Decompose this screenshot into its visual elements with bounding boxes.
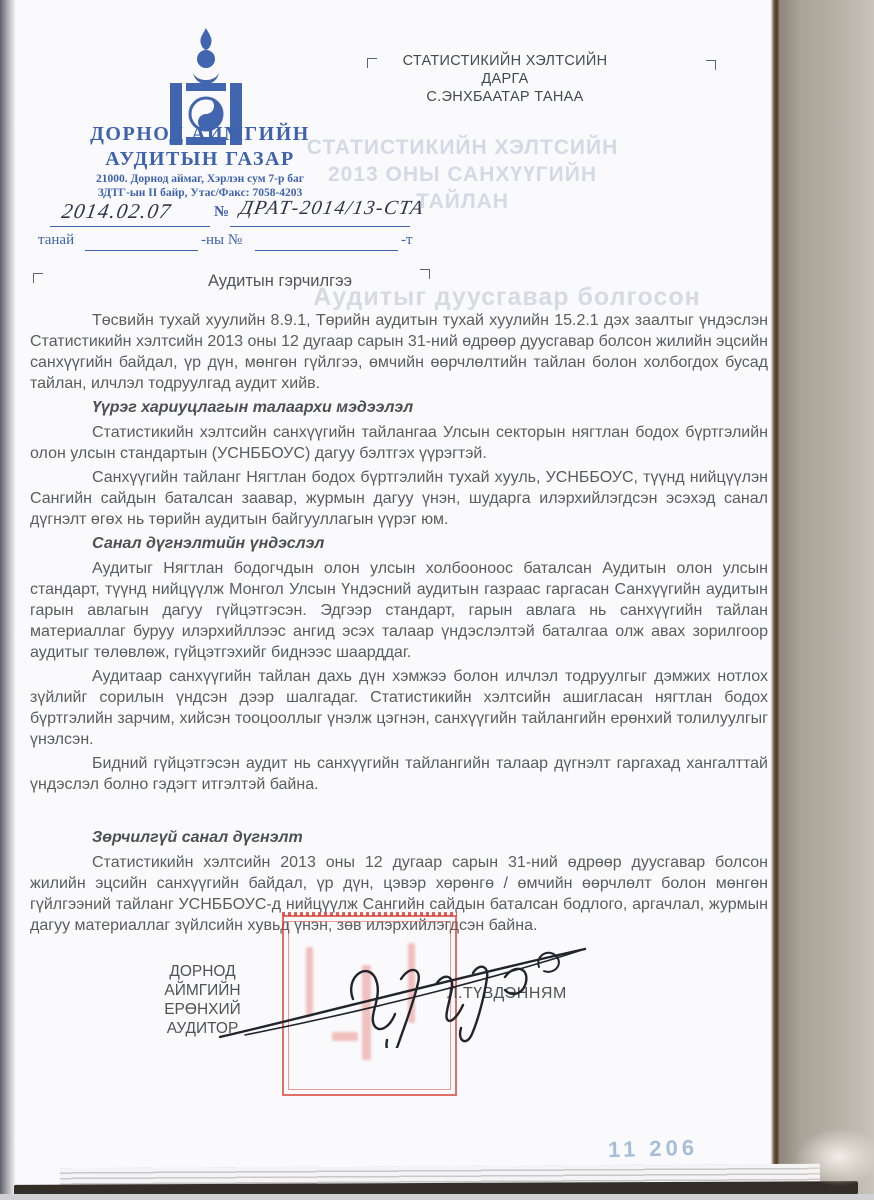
body-paragraph: Аудитаар санхүүгийн тайлан дахь дүн хэмж… [30,666,768,750]
page-number-stamp: 11 206 [608,1135,699,1163]
scan-light-blob [796,1128,874,1186]
form-word: -т [401,232,413,249]
underline [50,226,210,227]
underline [230,226,410,227]
body-paragraph: Санхүүгийн тайланг Нягтлан бодох бүртгэл… [30,467,768,530]
org-address-line1: 21000. Дорнод аймаг, Хэрлэн сум 7-р баг [45,172,355,186]
body-paragraph: Аудитыг Нягтлан бодогчдын олон улсын хол… [30,558,768,663]
body-paragraph: Төсвийн тухай хуулийн 8.9.1, Төрийн ауди… [30,310,768,394]
body-heading: Үүрэг хариуцлагын талаархи мэдээлэл [30,397,768,418]
number-symbol: № [214,204,229,221]
handwritten-ref-number: ДРАТ-2014/13-СТА [238,197,426,220]
recipient-line2: С.ЭНХБААТАР ТАНАА [380,88,630,106]
scanner-background-strip [0,1194,874,1200]
book-binding-edge [779,0,874,1200]
letter-body: Төсвийн тухай хуулийн 8.9.1, Төрийн ауди… [30,310,768,939]
body-heading: Зөрчилгүй санал дүгнэлт [30,827,768,848]
scan-left-edge-shadow [0,0,16,1200]
form-word: танай [38,232,74,249]
body-paragraph: Статистикийн хэлтсийн санхүүгийн тайланг… [30,422,768,464]
body-heading: Санал дүгнэлтийн үндэслэл [30,533,768,554]
org-name-line2: АУДИТЫН ГАЗАР [45,147,355,172]
handwritten-date: 2014.02.07 [60,199,174,224]
recipient-line1: СТАТИСТИКИЙН ХЭЛТСИЙН ДАРГА [380,52,630,88]
org-name-line1: ДОРНОД АЙМГИЙН [45,122,355,147]
page-right-edge-line [771,0,779,1192]
corner-bracket-icon [706,60,716,70]
form-word: -ны № [201,232,242,249]
underline [255,250,398,251]
org-address: 21000. Дорнод аймаг, Хэрлэн сум 7-р баг … [45,172,355,200]
recipient-block: СТАТИСТИКИЙН ХЭЛТСИЙН ДАРГА С.ЭНХБААТАР … [380,52,630,106]
body-paragraph: Бидний гүйцэтгэсэн аудит нь санхүүгийн т… [30,753,768,795]
letter-title: Аудитын гэрчилгээ [80,272,480,291]
underline [85,250,198,251]
scanned-audit-letter: СТАТИСТИКИЙН ХЭЛТСИЙН 2013 ОНЫ САНХҮҮГИЙ… [0,0,874,1200]
corner-bracket-icon [367,58,377,68]
org-name: ДОРНОД АЙМГИЙН АУДИТЫН ГАЗАР [45,122,355,172]
corner-bracket-icon [33,273,43,283]
handwritten-signature [205,933,605,1048]
